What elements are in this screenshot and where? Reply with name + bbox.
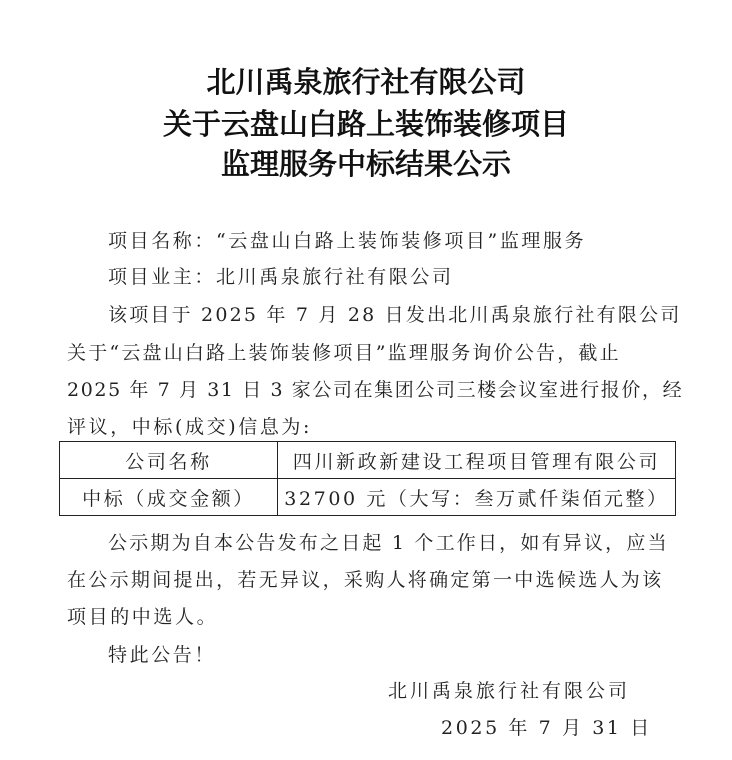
award-amount-value: 32700 元（大写：叁万贰仟柒佰元整）	[278, 479, 676, 516]
title-line-1: 北川禹泉旅行社有限公司	[0, 62, 732, 102]
paragraph-1-line-2: 关于“云盘山白路上装饰装修项目”监理服务询价公告，截止	[67, 341, 621, 365]
award-result-table: 公司名称 四川新政新建设工程项目管理有限公司 中标（成交金额） 32700 元（…	[59, 441, 676, 516]
table-row: 公司名称 四川新政新建设工程项目管理有限公司	[60, 442, 676, 479]
paragraph-1-line-1: 该项目于 2025 年 7 月 28 日发出北川禹泉旅行社有限公司	[108, 303, 681, 327]
paragraph-2-line-3: 项目的中选人。	[67, 605, 218, 629]
closing-statement: 特此公告！	[108, 643, 216, 667]
signature-date: 2025 年 7 月 31 日	[441, 716, 652, 740]
paragraph-1-line-3: 2025 年 7 月 31 日 3 家公司在集团公司三楼会议室进行报价，经	[67, 378, 683, 402]
signature-company: 北川禹泉旅行社有限公司	[388, 679, 630, 703]
company-name-value: 四川新政新建设工程项目管理有限公司	[278, 442, 676, 479]
project-owner: 项目业主：北川禹泉旅行社有限公司	[108, 265, 454, 289]
award-amount-label: 中标（成交金额）	[60, 479, 278, 516]
company-name-label: 公司名称	[60, 442, 278, 479]
paragraph-2-line-2: 在公示期间提出，若无异议，采购人将确定第一中选候选人为该	[67, 568, 663, 592]
project-name: 项目名称：“云盘山白路上装饰装修项目”监理服务	[108, 229, 586, 253]
title-line-3: 监理服务中标结果公示	[0, 144, 732, 184]
table-row: 中标（成交金额） 32700 元（大写：叁万贰仟柒佰元整）	[60, 479, 676, 516]
paragraph-1-line-4: 评议，中标(成交)信息为:	[67, 415, 312, 439]
title-line-2: 关于云盘山白路上装饰装修项目	[0, 104, 732, 144]
paragraph-2-line-1: 公示期为自本公告发布之日起 1 个工作日，如有异议，应当	[108, 531, 669, 555]
